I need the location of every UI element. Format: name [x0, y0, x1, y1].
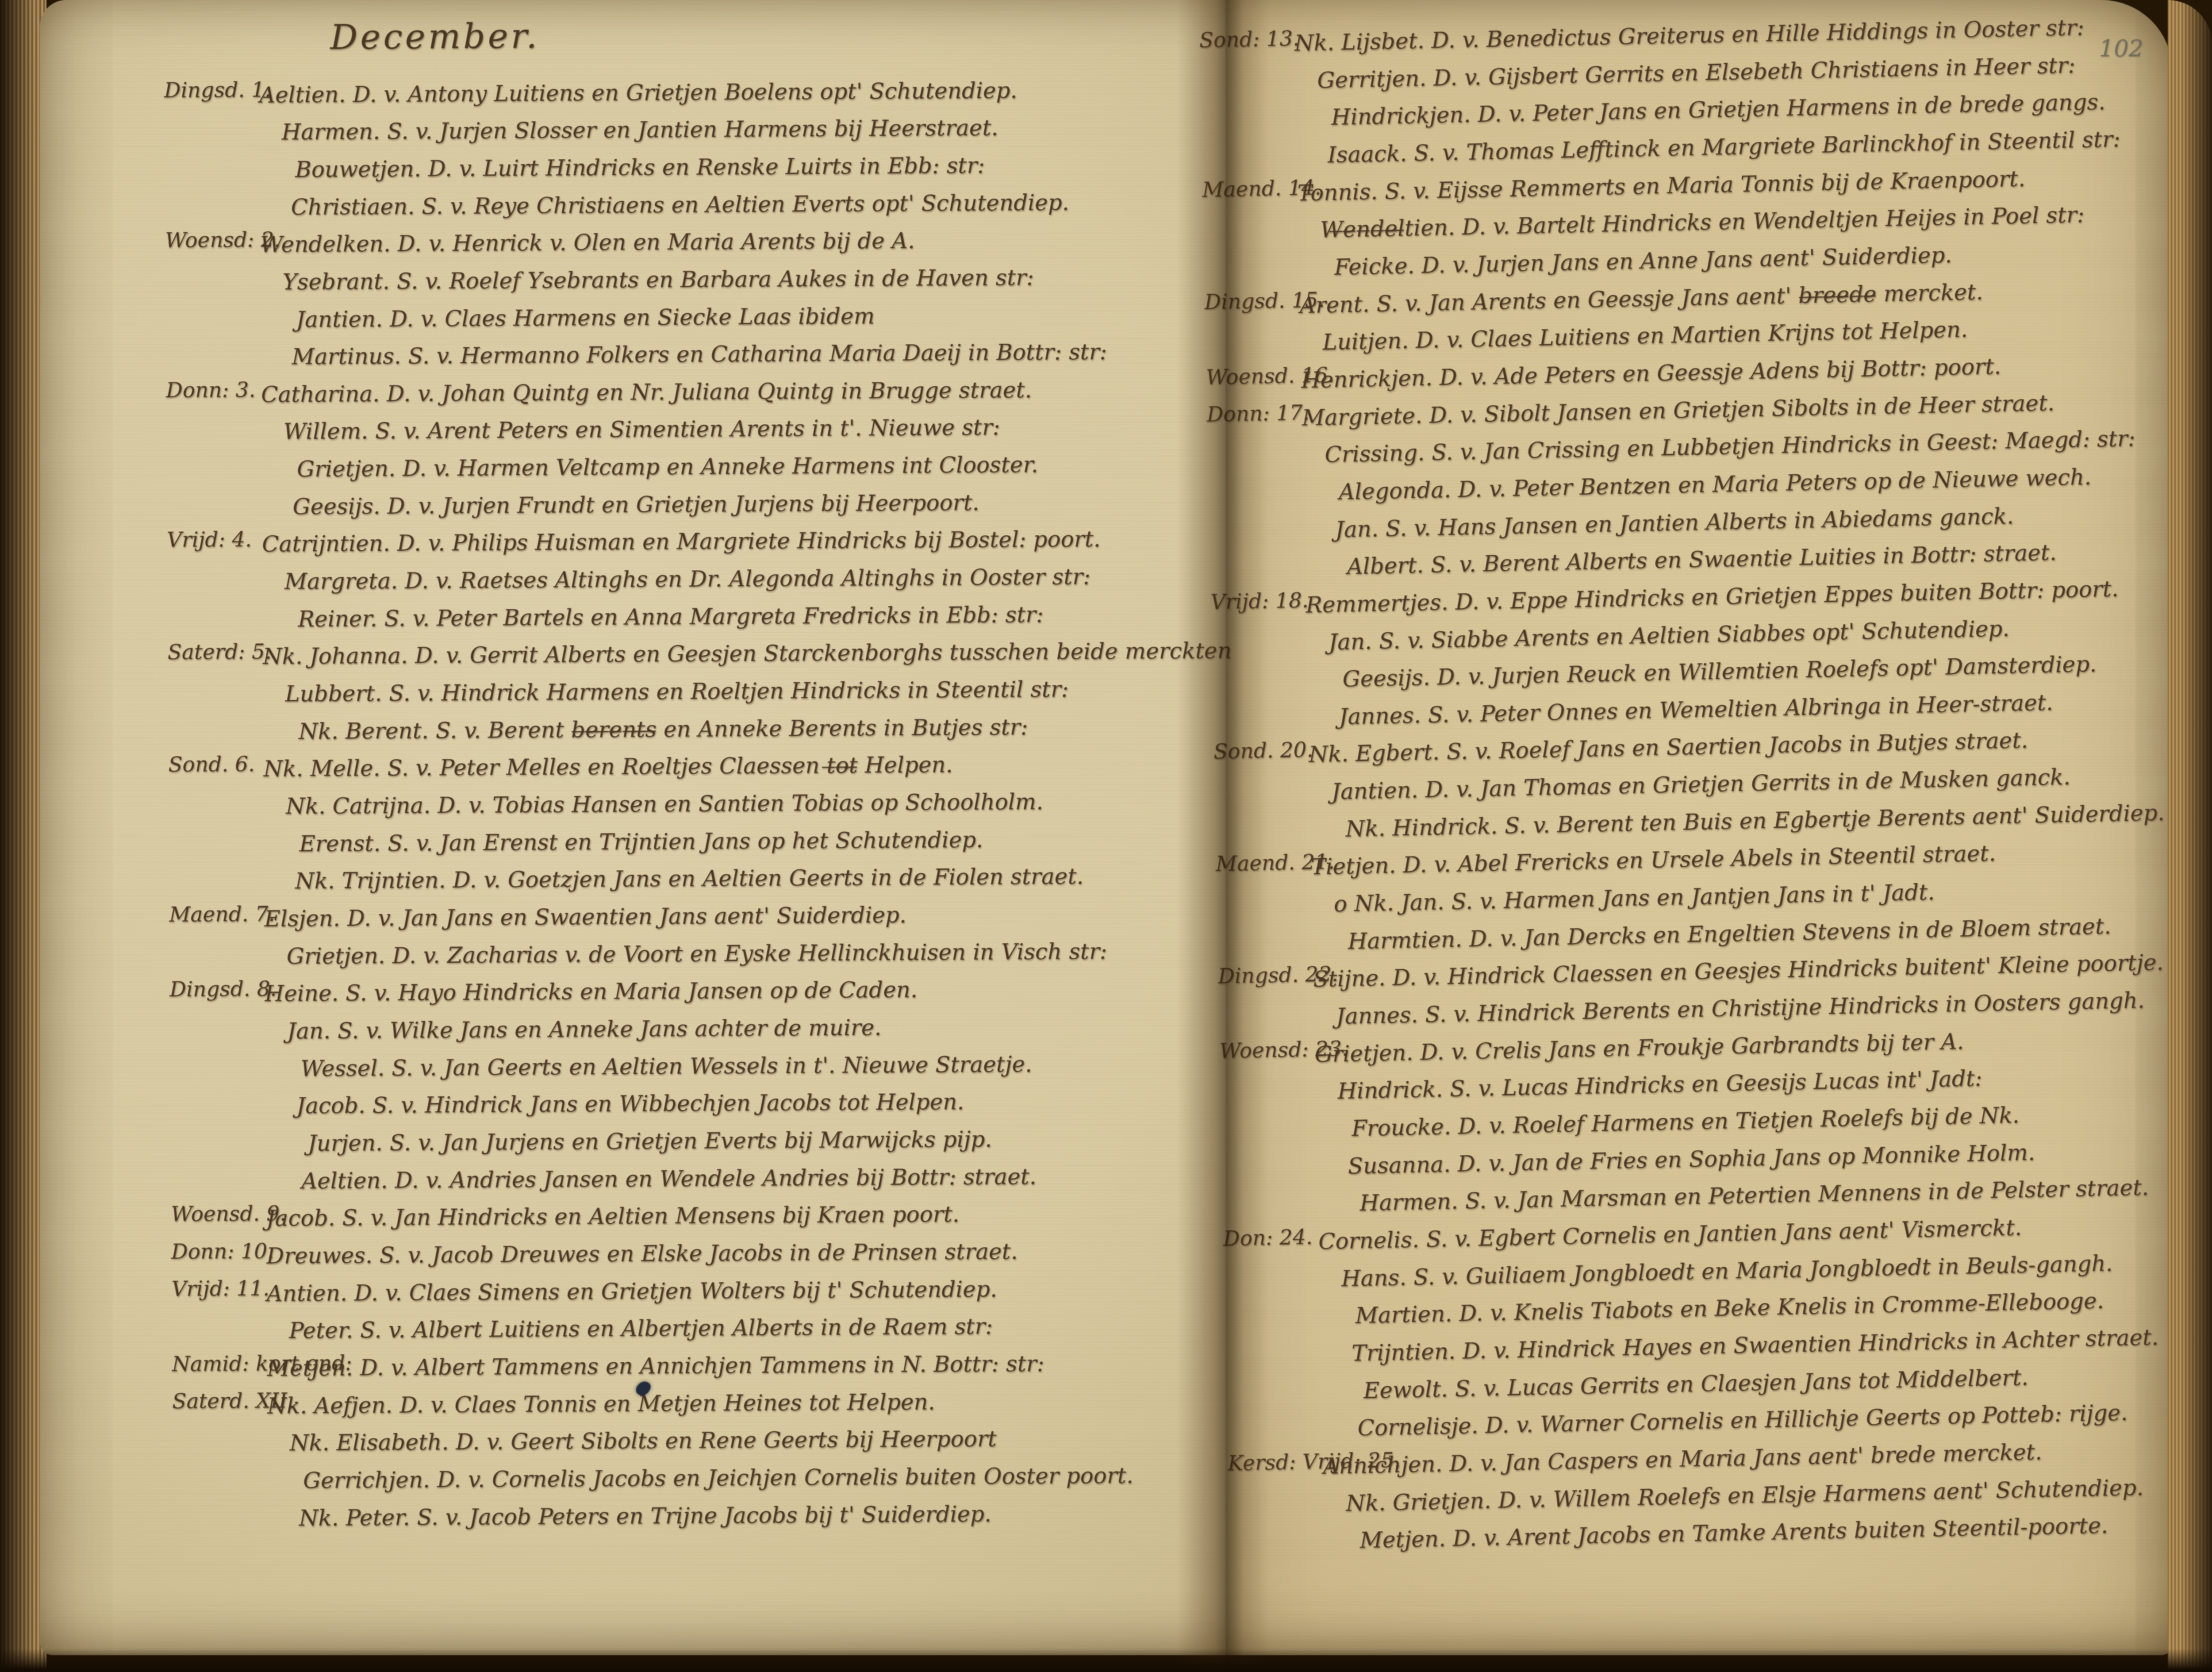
entry-day-label: Dingsd. 1. — [164, 77, 271, 102]
register-entry: Kersd: Vrijd: 25. Annichjen. D. v. Jan C… — [1228, 1430, 2192, 1562]
record-line: Jacob. S. v. Jan Hindricks en Aeltien Me… — [266, 1194, 1210, 1237]
entry-lines: Tietjen. D. v. Abel Frericks en Ursele A… — [1310, 831, 2180, 961]
entry-lines: Cornelis. S. v. Egbert Cornelis en Janti… — [1318, 1206, 2189, 1448]
record-line: Nk. Aefjen. D. v. Claes Tonnis en Metjen… — [267, 1381, 1212, 1425]
register-entry: Donn: 3. Catharina. D. v. Johan Quintg e… — [166, 370, 1206, 526]
entry-day-label: Sond: 13. — [1199, 27, 1299, 53]
register-entry: Woensd: 2. Wendelken. D. v. Henrick v. O… — [165, 220, 1206, 376]
record-line: Metjen. D. v. Albert Tammens en Annichje… — [267, 1344, 1211, 1387]
record-line: Geesijs. D. v. Jurjen Frundt en Grietjen… — [292, 482, 1206, 525]
register-entry: Dingsd. 8. Heine. S. v. Hayo Hindricks e… — [169, 969, 1210, 1200]
register-entry: Sond: 13. Nk. Lijsbet. D. v. Benedictus … — [1199, 8, 2164, 177]
register-entry: Vrijd: 4. Catrijntien. D. v. Philips Hui… — [167, 520, 1207, 638]
entry-day-label: Don: 24. — [1223, 1225, 1313, 1251]
entry-day-label: Woensd: 23. — [1219, 1037, 1348, 1064]
record-line: Jan. S. v. Wilke Jans en Anneke Jans ach… — [287, 1007, 1210, 1049]
record-line: Nk. Johanna. D. v. Gerrit Alberts en Gee… — [263, 632, 1207, 676]
record-line: Jantien. D. v. Claes Harmens en Siecke L… — [296, 295, 1205, 338]
entry-lines: Remmertjes. D. v. Eppe Hindricks en Grie… — [1305, 569, 2175, 736]
entry-day-label: Dingsd. 22. — [1218, 962, 1339, 989]
entry-day-label: Vrijd: 18. — [1210, 588, 1309, 614]
record-line: Antien. D. v. Claes Simens en Grietjen W… — [266, 1269, 1211, 1312]
entry-day-label: Woensd: 2. — [165, 227, 281, 253]
entry-lines: Elsjen. D. v. Jan Jans en Swaentien Jans… — [264, 894, 1209, 975]
register-entry: Namid: kort ond: Metjen. D. v. Albert Ta… — [172, 1344, 1211, 1388]
entry-lines: Aeltien. D. v. Antony Luitiens en Grietj… — [259, 70, 1205, 226]
entry-lines: Margriete. D. v. Sibolt Jansen en Grietj… — [1302, 382, 2172, 587]
entry-day-label: Woensd. 9. — [171, 1201, 286, 1226]
record-line: Nk. Berent. S. v. Berent b̶e̶r̶e̶n̶t̶s̶ … — [299, 707, 1208, 750]
entry-day-label: Dingsd. 15. — [1204, 288, 1325, 315]
record-line: Christiaen. S. v. Reye Christiaens en Ae… — [291, 183, 1204, 226]
register-entry: Maend. 14. Tonnis. S. v. Eijsse Remmerts… — [1202, 157, 2166, 289]
entry-lines: Nk. Johanna. D. v. Gerrit Alberts en Gee… — [263, 632, 1208, 750]
register-entry: Donn: 17. Margriete. D. v. Sibolt Jansen… — [1206, 382, 2172, 588]
register-entry: Donn: 10. Dreuwes. S. v. Jacob Dreuwes e… — [171, 1231, 1211, 1275]
entry-day-label: Saterd: 5. — [168, 639, 272, 664]
register-entry: Woensd. 9. Jacob. S. v. Jan Hindricks en… — [171, 1194, 1210, 1238]
entry-day-label: Donn: 10. — [171, 1239, 274, 1264]
record-line: Nk. Peter. S. v. Jacob Peters en Trijne … — [299, 1494, 1212, 1537]
register-entry: Maend. 21. Tietjen. D. v. Abel Frericks … — [1215, 831, 2180, 963]
entry-lines: Catharina. D. v. Johan Quintg en Nr. Jul… — [261, 370, 1206, 526]
register-entry: Saterd: 5. Nk. Johanna. D. v. Gerrit Alb… — [168, 632, 1208, 751]
entry-lines: Nk. Lijsbet. D. v. Benedictus Greiterus … — [1294, 8, 2164, 175]
record-line: Catharina. D. v. Johan Quintg en Nr. Jul… — [261, 370, 1206, 413]
register-entry: Dingsd. 1. Aeltien. D. v. Antony Luitien… — [164, 70, 1205, 227]
record-line: Reiner. S. v. Peter Bartels en Anna Marg… — [298, 595, 1207, 638]
entry-lines: Dreuwes. S. v. Jacob Dreuwes en Elske Ja… — [266, 1231, 1211, 1275]
manuscript-photo: December. Dingsd. 1. Aeltien. D. v. Anto… — [0, 0, 2212, 1672]
entry-lines: Heine. S. v. Hayo Hindricks en Maria Jan… — [265, 969, 1210, 1199]
record-line: Nk. Melle. S. v. Peter Melles en Roeltje… — [263, 745, 1208, 788]
record-line: Margreta. D. v. Raetses Altinghs en Dr. … — [284, 557, 1207, 600]
entry-lines: Metjen. D. v. Albert Tammens en Annichje… — [267, 1344, 1211, 1387]
entry-lines: Nk. Melle. S. v. Peter Melles en Roeltje… — [263, 745, 1209, 900]
record-line: Harmen. S. v. Jurjen Slosser en Jantien … — [281, 108, 1204, 150]
record-line: Elsjen. D. v. Jan Jans en Swaentien Jans… — [264, 894, 1209, 938]
entry-day-label: Sond. 6. — [168, 752, 255, 776]
record-line: Catrijntien. D. v. Philips Huisman en Ma… — [262, 520, 1206, 563]
register-entry: Vrijd: 11. Antien. D. v. Claes Simens en… — [171, 1269, 1211, 1350]
record-line: Aeltien. D. v. Andries Jansen en Wendele… — [301, 1157, 1210, 1199]
record-line: Dreuwes. S. v. Jacob Dreuwes en Elske Ja… — [266, 1231, 1211, 1275]
entry-day-label: Woensd. 16. — [1206, 363, 1334, 390]
month-header: December. — [330, 12, 1204, 57]
record-line: Heine. S. v. Hayo Hindricks en Maria Jan… — [265, 969, 1209, 1012]
entry-lines: Nk. Aefjen. D. v. Claes Tonnis en Metjen… — [267, 1381, 1213, 1537]
left-page-entries: Dingsd. 1. Aeltien. D. v. Antony Luitien… — [164, 70, 1213, 1537]
entry-lines: Wendelken. D. v. Henrick v. Olen en Mari… — [260, 220, 1206, 376]
entry-day-label: Vrijd: 4. — [167, 527, 252, 552]
entry-day-label: Maend. 7. — [169, 902, 275, 926]
page-number: 102 — [2099, 35, 2143, 62]
left-page-text: December. Dingsd. 1. Aeltien. D. v. Anto… — [164, 12, 1213, 1537]
record-line: Wendelken. D. v. Henrick v. Olen en Mari… — [260, 220, 1205, 263]
entry-lines: Antien. D. v. Claes Simens en Grietjen W… — [266, 1269, 1211, 1349]
register-entry: Saterd. XII. Nk. Aefjen. D. v. Claes Ton… — [172, 1381, 1213, 1537]
entry-lines: Annichjen. D. v. Jan Caspers en Maria Ja… — [1323, 1430, 2192, 1560]
entry-lines: Catrijntien. D. v. Philips Huisman en Ma… — [262, 520, 1207, 638]
record-line: Wessel. S. v. Jan Geerts en Aeltien Wess… — [300, 1044, 1210, 1087]
record-line: Grietjen. D. v. Zacharias v. de Voort en… — [287, 932, 1209, 975]
register-entry: Vrijd: 18. Remmertjes. D. v. Eppe Hindri… — [1210, 569, 2175, 738]
entry-day-label: Donn: 3. — [166, 377, 255, 402]
entry-day-label: Donn: 17. — [1206, 401, 1310, 427]
book-bottom-shadow — [0, 1649, 2212, 1672]
entry-day-label: Maend. 14. — [1202, 176, 1321, 202]
record-line: Grietjen. D. v. Harmen Veltcamp en Annek… — [297, 445, 1206, 488]
register-entry: Sond. 20. Nk. Egbert. S. v. Roelef Jans … — [1213, 719, 2177, 851]
entry-day-label: Kersd: Vrijd: 25. — [1228, 1448, 1401, 1476]
register-entry: Maend. 7. Elsjen. D. v. Jan Jans en Swae… — [169, 894, 1209, 976]
record-line: Jacob. S. v. Hindrick Jans en Wibbechjen… — [296, 1081, 1210, 1124]
entry-lines: Nk. Egbert. S. v. Roelef Jans en Saertie… — [1308, 719, 2177, 849]
record-line: Erenst. S. v. Jan Erenst en Trijntien Ja… — [299, 819, 1208, 862]
record-line: Peter. S. v. Albert Luitiens en Albertje… — [289, 1306, 1211, 1349]
register-entry: Don: 24. Cornelis. S. v. Egbert Cornelis… — [1223, 1206, 2189, 1449]
register-entry: Sond. 6. Nk. Melle. S. v. Peter Melles e… — [168, 745, 1209, 901]
record-line: Gerrichjen. D. v. Cornelis Jacobs en Jei… — [303, 1456, 1212, 1499]
entry-lines: Tonnis. S. v. Eijsse Remmerts en Maria T… — [1297, 157, 2166, 287]
record-line: Martinus. S. v. Hermanno Folkers en Cath… — [292, 332, 1205, 375]
record-line: Aeltien. D. v. Antony Luitiens en Grietj… — [259, 70, 1204, 114]
entry-day-label: Saterd. XII. — [172, 1388, 294, 1414]
entry-day-label: Namid: kort ond: — [172, 1351, 352, 1376]
record-line: Jurjen. S. v. Jan Jurjens en Grietjen Ev… — [307, 1119, 1210, 1162]
record-line: Willem. S. v. Arent Peters en Simentien … — [283, 407, 1206, 450]
right-page-entries: Sond: 13. Nk. Lijsbet. D. v. Benedictus … — [1199, 8, 2192, 1562]
record-line: Nk. Catrijna. D. v. Tobias Hansen en San… — [286, 782, 1208, 825]
entry-lines: Grietjen. D. v. Crelis Jans en Froukje G… — [1314, 1019, 2185, 1223]
entry-lines: Jacob. S. v. Jan Hindricks en Aeltien Me… — [266, 1194, 1210, 1237]
entry-day-label: Vrijd: 11. — [171, 1276, 269, 1301]
record-line: Nk. Trijntien. D. v. Goetzjen Jans en Ae… — [295, 857, 1209, 900]
record-line: Nk. Elisabeth. D. v. Geert Sibolts en Re… — [289, 1418, 1212, 1461]
register-entry: Woensd: 23. Grietjen. D. v. Crelis Jans … — [1219, 1019, 2185, 1225]
entry-day-label: Sond. 20. — [1213, 738, 1313, 765]
record-line: Lubbert. S. v. Hindrick Harmens en Roelt… — [285, 669, 1207, 712]
record-line: Ysebrant. S. v. Roelef Ysebrants en Barb… — [282, 258, 1205, 300]
right-page-text: Sond: 13. Nk. Lijsbet. D. v. Benedictus … — [1199, 8, 2192, 1562]
entry-day-label: Maend. 21. — [1215, 850, 1335, 876]
record-line: Bouwetjen. D. v. Luirt Hindricks en Rens… — [295, 145, 1204, 188]
entry-day-label: Dingsd. 8. — [169, 976, 276, 1001]
